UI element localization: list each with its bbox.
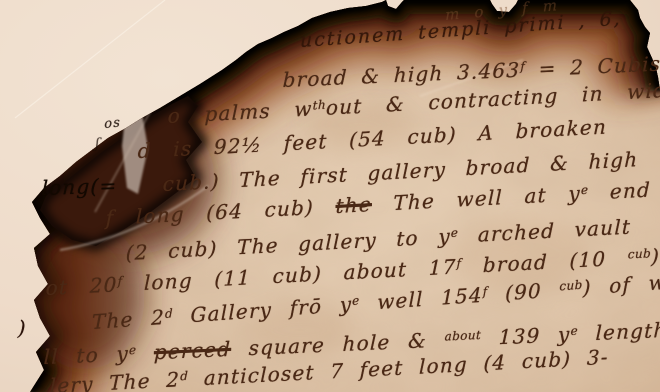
handwriting-segment: th	[313, 98, 327, 113]
handwriting-segment: ) of w	[583, 270, 660, 300]
handwriting-segment: ll to y	[43, 341, 129, 369]
handwriting-segment: o palms w	[168, 96, 313, 128]
handwriting-segment: (90	[488, 277, 560, 306]
flap-mark-os: os	[104, 115, 121, 132]
handwriting-segment: the	[335, 192, 372, 218]
handwriting-segment: ʃ	[95, 136, 101, 152]
handwriting-segment: about	[444, 328, 481, 344]
handwriting-segment: 139 y	[481, 322, 571, 350]
handwriting-segment: e	[129, 343, 137, 357]
line-paren-remnant: )	[18, 316, 27, 341]
flap-mark-stroke: ʃ	[95, 136, 101, 152]
manuscript-photo: m o y f muctionem templi primi , 6,broad…	[0, 0, 660, 392]
handwriting-layer: m o y f muctionem templi primi , 6,broad…	[0, 0, 660, 392]
handwriting-segment: )	[18, 316, 27, 341]
handwriting-segment: cub	[628, 246, 652, 261]
line-long-on-flap: long(=	[41, 173, 118, 200]
handwriting-segment: Gallery frō y	[173, 292, 352, 329]
handwriting-segment: well 154	[360, 283, 483, 316]
handwriting-segment: perced	[154, 337, 232, 364]
handwriting-segment: The 2	[92, 305, 165, 334]
handwriting-segment: d	[180, 369, 188, 383]
handwriting-segment: length of y	[578, 315, 660, 346]
handwriting-segment: arched vault	[458, 215, 631, 248]
handwriting-segment: cub	[559, 278, 582, 294]
handwriting-segment: long(=	[41, 173, 118, 200]
handwriting-segment: os	[104, 115, 121, 132]
handwriting-segment	[136, 340, 154, 365]
handwriting-segment: = 2 Cubis. T	[525, 50, 660, 82]
handwriting-segment: ot 20	[46, 272, 118, 300]
handwriting-segment: lery The 2	[50, 367, 181, 392]
handwriting-segment: The well at y	[372, 181, 581, 216]
handwriting-segment: )	[651, 244, 660, 269]
handwriting-segment: f long (64 cub)	[106, 194, 336, 230]
handwriting-segment: end	[588, 177, 651, 204]
